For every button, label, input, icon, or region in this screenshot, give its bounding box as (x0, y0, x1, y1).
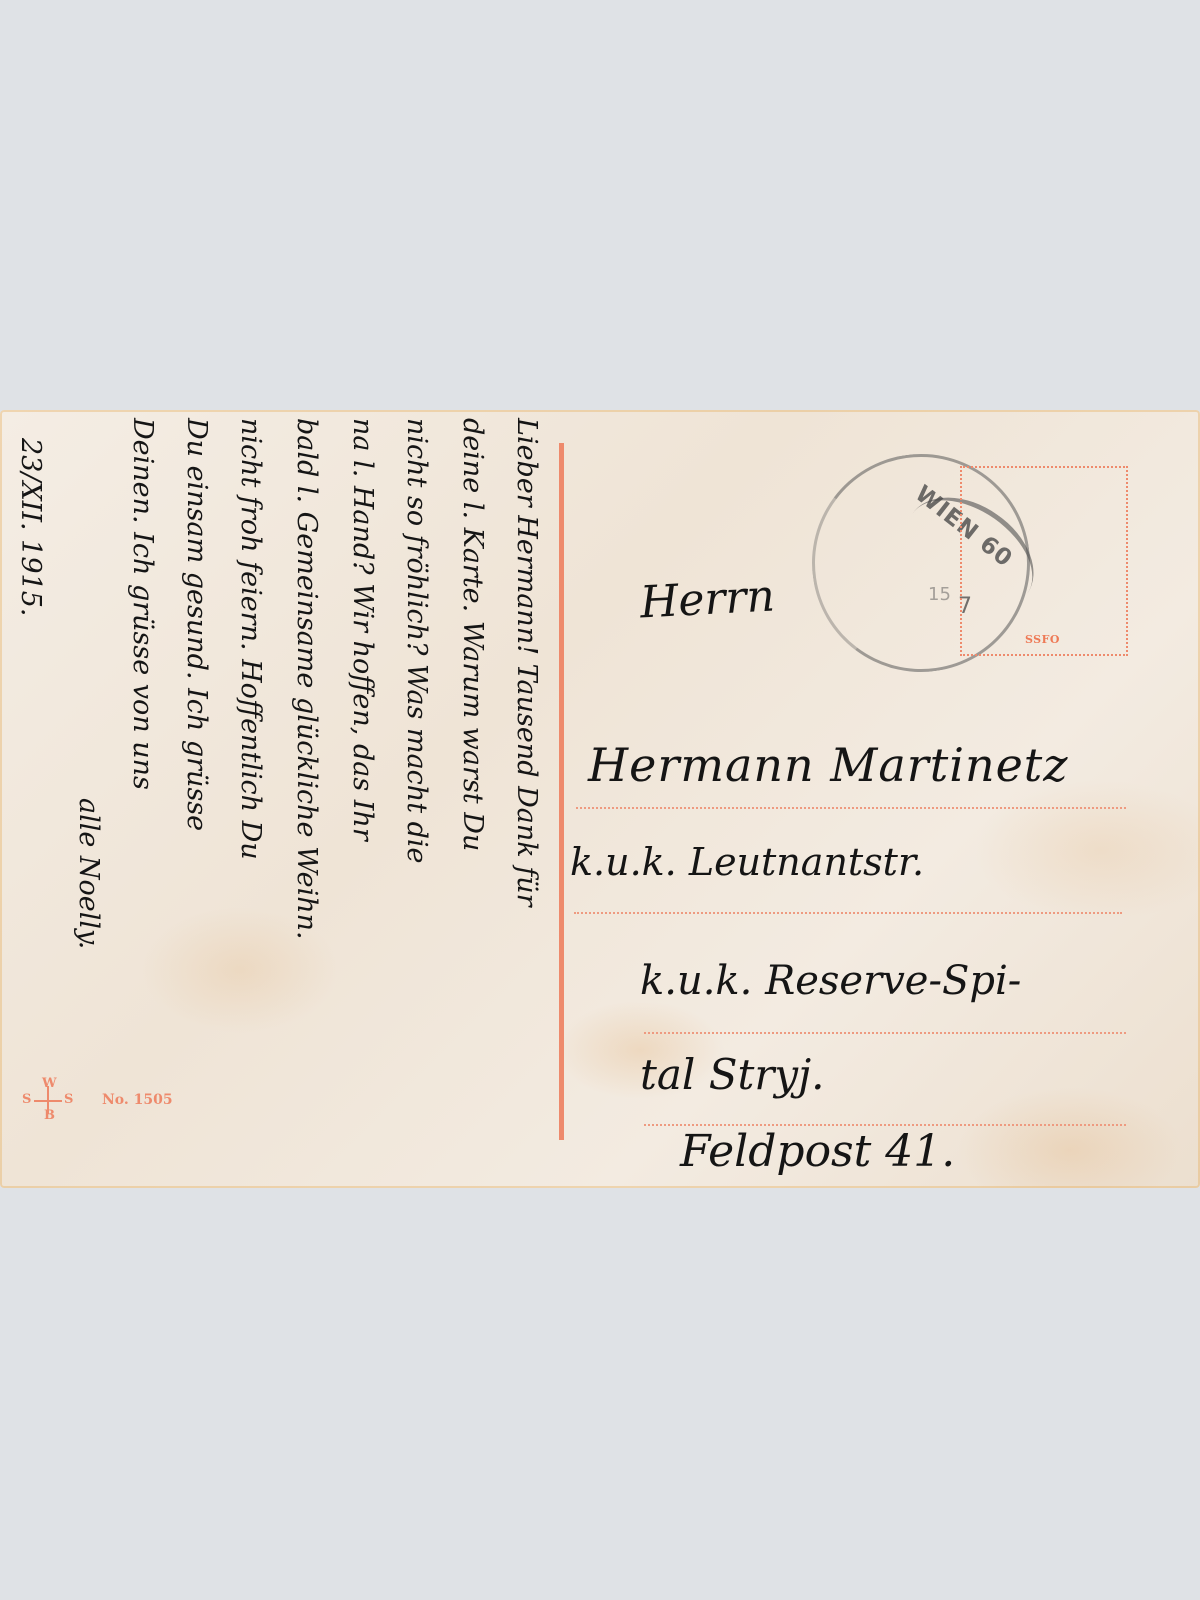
message-line: deine l. Karte. Warum warst Du (457, 418, 488, 851)
publisher-logo-bottom: B (44, 1108, 55, 1123)
message-line: Lieber Hermann! Tausend Dank für (511, 418, 542, 907)
postcard: Lieber Hermann! Tausend Dank für deine l… (0, 410, 1200, 1188)
message-date: 23/XII. 1915. (15, 438, 46, 616)
center-divider (559, 443, 564, 1140)
message-line: na l. Hand? Wir hoffen, das Ihr (347, 418, 378, 841)
address-line-rule (576, 807, 1126, 809)
message-line: nicht so fröhlich? Was macht die (401, 418, 432, 864)
message-line: Deinen. Ich grüsse von uns (127, 418, 158, 790)
message-line: Du einsam gesund. Ich grüsse (181, 418, 212, 831)
message-signature: alle Noelly. (73, 798, 104, 949)
series-number: No. 1505 (102, 1092, 173, 1108)
publisher-logo: W S S B (20, 1076, 80, 1136)
message-line: nicht froh feiern. Hoffentlich Du (235, 418, 266, 860)
stamp-box: SSFO (960, 466, 1128, 656)
publisher-logo-top: W (42, 1076, 57, 1091)
stamp-code: SSFO (1025, 633, 1060, 646)
postmark-date-left: 15 (928, 584, 951, 605)
address-place: tal Stryj. (640, 1050, 825, 1099)
address-line-rule (644, 1032, 1126, 1034)
address-feldpost: Feldpost 41. (680, 1126, 955, 1177)
address-line-rule (574, 912, 1122, 914)
message-line: bald l. Gemeinsame glückliche Weihn. (291, 418, 322, 940)
publisher-logo-right: S (64, 1092, 73, 1107)
message-area: Lieber Hermann! Tausend Dank für deine l… (12, 418, 552, 1178)
address-rank: k.u.k. Leutnantstr. (570, 840, 924, 884)
address-unit: k.u.k. Reserve-Spi- (640, 958, 1021, 1004)
address-salutation: Herrn (639, 571, 776, 629)
address-name: Hermann Martinetz (588, 738, 1069, 792)
publisher-logo-left: S (22, 1092, 31, 1107)
